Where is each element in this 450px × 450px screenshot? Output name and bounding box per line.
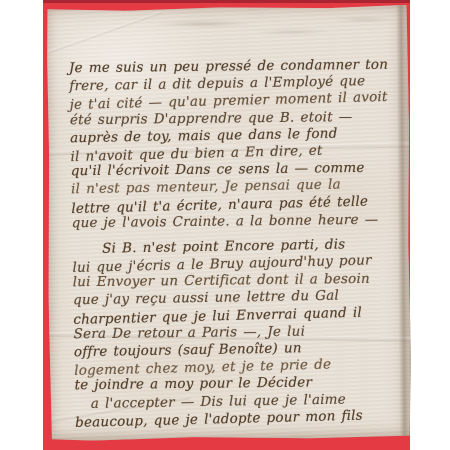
ink-showthrough [131,11,391,41]
letter-paper: Je me suis un peu pressé de condamner to… [46,5,412,441]
handwriting-line: Sera De retour a Paris —, Je lui [74,322,406,343]
letter-photo: Je me suis un peu pressé de condamner to… [0,0,450,450]
handwriting-line: été surpris D'apprendre que B. etoit — [70,108,402,129]
mat-top-edge-shadow [43,0,410,3]
letter-text: Je me suis un peu pressé de condamner to… [69,55,407,430]
handwriting-line: que je l'avois Crainte. a la bonne heure… [72,211,404,232]
